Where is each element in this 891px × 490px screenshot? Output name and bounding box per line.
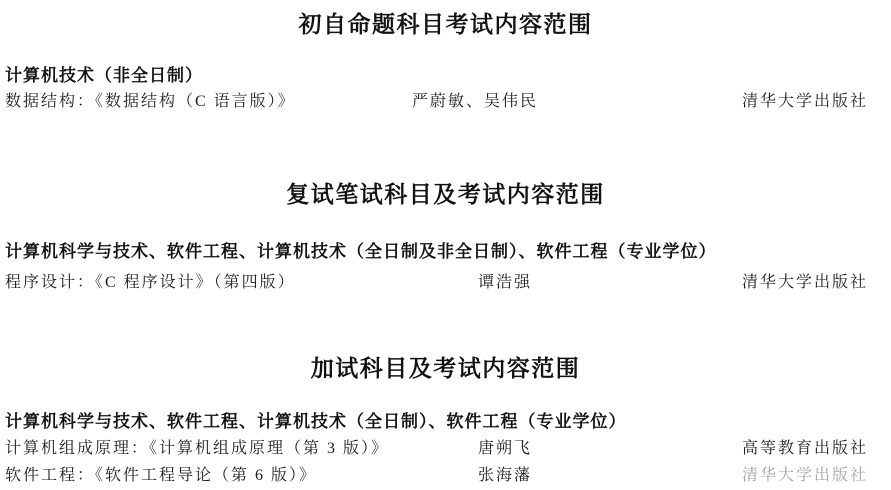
- section-title-initial-exam: 初自命题科目考试内容范围: [0, 6, 891, 39]
- author-cell: 唐朔飞: [478, 435, 532, 458]
- book-row: 软件工程：《软件工程导论（第 6 版）》 张海藩 清华大学出版社: [0, 462, 891, 486]
- book-row: 计算机组成原理：《计算机组成原理（第 3 版）》 唐朔飞 高等教育出版社: [0, 435, 891, 459]
- subject-cell: 计算机组成原理：《计算机组成原理（第 3 版）》: [5, 435, 389, 458]
- publisher-cell: 清华大学出版社: [742, 269, 868, 292]
- exam-content-document: 初自命题科目考试内容范围 计算机技术（非全日制） 数据结构：《数据结构（C 语言…: [0, 0, 891, 490]
- book-row: 数据结构：《数据结构（C 语言版）》 严蔚敏、吴伟民 清华大学出版社: [0, 88, 891, 112]
- subject-cell: 软件工程：《软件工程导论（第 6 版）》: [5, 462, 317, 485]
- section-title-written-retest: 复试笔试科目及考试内容范围: [0, 176, 891, 209]
- section-title-additional-test: 加试科目及考试内容范围: [0, 350, 891, 383]
- publisher-cell: 高等教育出版社: [742, 435, 868, 458]
- program-list-additional-test: 计算机科学与技术、软件工程、计算机技术（全日制）、软件工程（专业学位）: [5, 407, 627, 432]
- program-list-initial-exam: 计算机技术（非全日制）: [5, 61, 203, 86]
- subject-cell: 程序设计：《C 程序设计》（第四版）: [5, 269, 296, 292]
- author-cell: 谭浩强: [478, 269, 532, 292]
- publisher-cell: 清华大学出版社: [742, 88, 868, 111]
- author-cell: 张海藩: [478, 462, 532, 485]
- book-row: 程序设计：《C 程序设计》（第四版） 谭浩强 清华大学出版社: [0, 269, 891, 293]
- author-cell: 严蔚敏、吴伟民: [412, 88, 538, 111]
- program-list-written-retest: 计算机科学与技术、软件工程、计算机技术（全日制及非全日制）、软件工程（专业学位）: [5, 237, 717, 262]
- subject-cell: 数据结构：《数据结构（C 语言版）》: [5, 88, 296, 111]
- publisher-cell: 清华大学出版社: [742, 462, 868, 485]
